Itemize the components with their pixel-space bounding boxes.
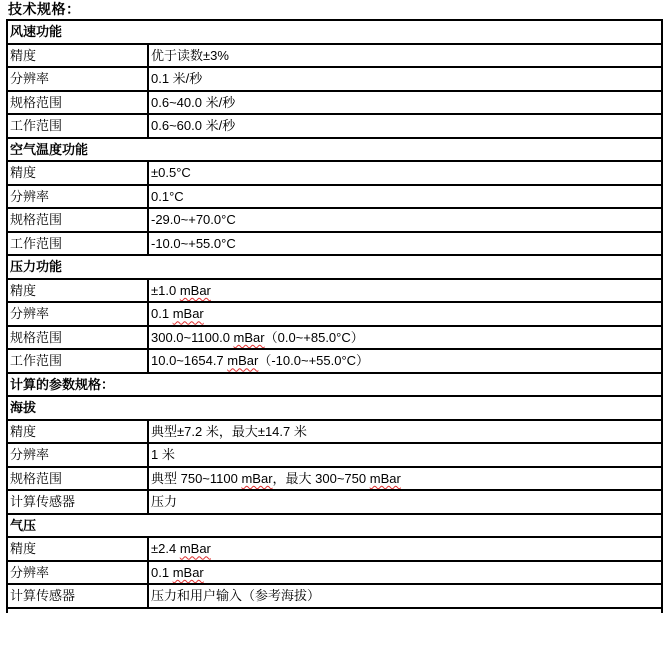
- table-row: 规格范围 300.0~1100.0 mBar（0.0~+85.0°C）: [7, 326, 662, 350]
- section-header-row: 计算的参数规格：: [7, 373, 662, 397]
- value-text: 典型 750~1100: [151, 471, 241, 486]
- table-row: 工作范围 -10.0~+55.0°C: [7, 232, 662, 256]
- row-label: 精度: [7, 420, 148, 444]
- spellcheck-flagged-word: mBar: [227, 353, 258, 368]
- table-row: 计算传感器 压力: [7, 490, 662, 514]
- table-row: 分辨率 0.1 mBar: [7, 561, 662, 585]
- spellcheck-flagged-word: mBar: [173, 306, 204, 321]
- row-label: 规格范围: [7, 208, 148, 232]
- section-header-row: 海拔: [7, 396, 662, 420]
- value-text: ，最大 300~750: [273, 471, 370, 486]
- row-label: 工作范围: [7, 232, 148, 256]
- row-label: 分辨率: [7, 185, 148, 209]
- row-value: 300.0~1100.0 mBar（0.0~+85.0°C）: [148, 326, 662, 350]
- row-label: 精度: [7, 279, 148, 303]
- table-row: 规格范围 -29.0~+70.0°C: [7, 208, 662, 232]
- table-row: 精度 优于读数±3%: [7, 44, 662, 68]
- table-row: 分辨率 0.1 米/秒: [7, 67, 662, 91]
- value-text: ±1.0: [151, 283, 180, 298]
- table-row: 工作范围 0.6~60.0 米/秒: [7, 114, 662, 138]
- value-text: （-10.0~+55.0°C）: [258, 353, 369, 368]
- row-value: ±1.0 mBar: [148, 279, 662, 303]
- row-label: 工作范围: [7, 349, 148, 373]
- row-value: ±2.4 mBar: [148, 537, 662, 561]
- value-text: （0.0~+85.0°C）: [265, 330, 364, 345]
- section-header-row: 空气温度功能: [7, 138, 662, 162]
- row-label: 工作范围: [7, 114, 148, 138]
- row-label: 分辨率: [7, 67, 148, 91]
- table-row: 分辨率 0.1 mBar: [7, 302, 662, 326]
- table-row: 精度 典型±7.2 米，最大±14.7 米: [7, 420, 662, 444]
- table-row: 分辨率 0.1°C: [7, 185, 662, 209]
- section-heading-altitude: 海拔: [7, 396, 662, 420]
- section-header-row: 压力功能: [7, 255, 662, 279]
- table-row: 精度 ±1.0 mBar: [7, 279, 662, 303]
- table-continuation-row: [7, 608, 662, 613]
- row-value: 压力和用户输入（参考海拔）: [148, 584, 662, 608]
- value-text: 10.0~1654.7: [151, 353, 227, 368]
- section-header-row: 气压: [7, 514, 662, 538]
- section-heading-wind-speed: 风速功能: [7, 20, 662, 44]
- row-label: 计算传感器: [7, 584, 148, 608]
- spellcheck-flagged-word: mBar: [370, 471, 401, 486]
- row-label: 精度: [7, 44, 148, 68]
- row-value: 典型 750~1100 mBar，最大 300~750 mBar: [148, 467, 662, 491]
- row-label: 计算传感器: [7, 490, 148, 514]
- spellcheck-flagged-word: mBar: [180, 541, 211, 556]
- section-header-row: 风速功能: [7, 20, 662, 44]
- value-text: 0.1: [151, 306, 173, 321]
- value-text: ±2.4: [151, 541, 180, 556]
- table-row: 精度 ±0.5°C: [7, 161, 662, 185]
- truncated-cell: [7, 608, 662, 613]
- row-value: 1 米: [148, 443, 662, 467]
- row-value: -10.0~+55.0°C: [148, 232, 662, 256]
- row-value: ±0.5°C: [148, 161, 662, 185]
- row-value: 0.1°C: [148, 185, 662, 209]
- row-value: 典型±7.2 米，最大±14.7 米: [148, 420, 662, 444]
- row-value: 0.6~40.0 米/秒: [148, 91, 662, 115]
- row-value: -29.0~+70.0°C: [148, 208, 662, 232]
- table-row: 规格范围 0.6~40.0 米/秒: [7, 91, 662, 115]
- spellcheck-flagged-word: mBar: [241, 471, 272, 486]
- section-heading-barometric-pressure: 气压: [7, 514, 662, 538]
- row-label: 分辨率: [7, 561, 148, 585]
- row-label: 分辨率: [7, 443, 148, 467]
- table-row: 工作范围 10.0~1654.7 mBar（-10.0~+55.0°C）: [7, 349, 662, 373]
- row-value: 优于读数±3%: [148, 44, 662, 68]
- document-title: 技术规格：: [8, 1, 81, 18]
- spec-table: 风速功能 精度 优于读数±3% 分辨率 0.1 米/秒 规格范围 0.6~40.…: [6, 19, 663, 613]
- table-row: 分辨率 1 米: [7, 443, 662, 467]
- row-value: 压力: [148, 490, 662, 514]
- value-text: 300.0~1100.0: [151, 330, 234, 345]
- row-label: 分辨率: [7, 302, 148, 326]
- table-row: 规格范围 典型 750~1100 mBar，最大 300~750 mBar: [7, 467, 662, 491]
- spellcheck-flagged-word: mBar: [234, 330, 265, 345]
- spellcheck-flagged-word: mBar: [180, 283, 211, 298]
- table-row: 精度 ±2.4 mBar: [7, 537, 662, 561]
- row-value: 0.6~60.0 米/秒: [148, 114, 662, 138]
- row-value: 0.1 mBar: [148, 561, 662, 585]
- row-label: 规格范围: [7, 467, 148, 491]
- row-label: 规格范围: [7, 91, 148, 115]
- row-label: 规格范围: [7, 326, 148, 350]
- section-heading-calculated-parameters: 计算的参数规格：: [7, 373, 662, 397]
- row-value: 10.0~1654.7 mBar（-10.0~+55.0°C）: [148, 349, 662, 373]
- section-heading-pressure: 压力功能: [7, 255, 662, 279]
- value-text: 0.1: [151, 565, 173, 580]
- table-row: 计算传感器 压力和用户输入（参考海拔）: [7, 584, 662, 608]
- spellcheck-flagged-word: mBar: [173, 565, 204, 580]
- row-label: 精度: [7, 537, 148, 561]
- row-value: 0.1 米/秒: [148, 67, 662, 91]
- section-heading-air-temperature: 空气温度功能: [7, 138, 662, 162]
- row-value: 0.1 mBar: [148, 302, 662, 326]
- row-label: 精度: [7, 161, 148, 185]
